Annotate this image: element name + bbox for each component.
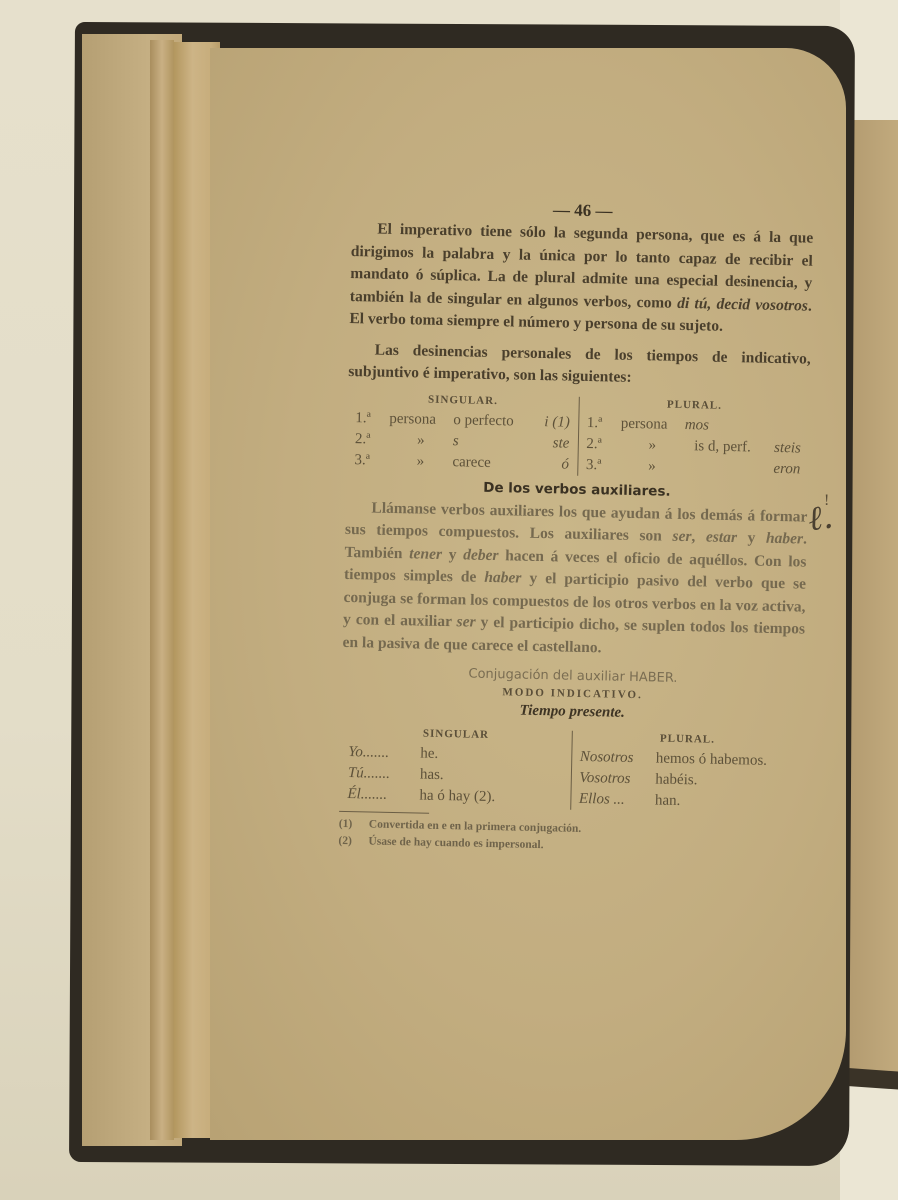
- italic-word: ser: [456, 613, 475, 630]
- column-header: PLURAL.: [587, 396, 802, 412]
- ending: is d, perf.: [684, 436, 751, 458]
- footnote-number: (2): [338, 833, 368, 851]
- table-row: 3.ª»careceó: [354, 450, 569, 475]
- perfect: steis: [751, 437, 801, 459]
- pronoun: Vosotros: [579, 768, 655, 791]
- column-header: SINGULAR: [349, 726, 564, 742]
- label: persona: [389, 408, 453, 430]
- italic-example: di tú, decid vosotros: [677, 294, 808, 314]
- verb-form: he.: [420, 744, 438, 765]
- verb-form: han.: [655, 790, 681, 812]
- table-row: Ellos ...han.: [579, 789, 794, 814]
- verb-form: ha ó hay (2).: [419, 786, 495, 809]
- ending: mos: [685, 415, 752, 437]
- perfect: ste: [519, 432, 569, 454]
- person: 2.ª: [355, 429, 389, 451]
- column-header: PLURAL.: [580, 731, 795, 747]
- endings-singular-column: SINGULAR. 1.ªpersonao perfectoi (1) 2.ª»…: [346, 391, 579, 475]
- label: persona: [621, 413, 685, 435]
- perfect: eron: [750, 458, 800, 480]
- italic-word: deber: [463, 546, 499, 564]
- text: y: [442, 545, 464, 562]
- ending: o perfecto: [453, 410, 520, 432]
- footnote-number: (1): [339, 816, 369, 834]
- label: »: [388, 450, 452, 472]
- table-row: 3.ª»eron: [586, 454, 801, 479]
- pronoun: Nosotros: [580, 747, 656, 770]
- pronoun: Ellos ...: [579, 789, 655, 812]
- person: 2.ª: [586, 433, 620, 455]
- verb-form: habéis.: [655, 769, 698, 791]
- footnote-divider: [339, 811, 429, 814]
- footnote-text: Úsase de hay cuando es impersonal.: [368, 835, 543, 851]
- handwritten-mark: !: [824, 492, 829, 510]
- conjugation-singular-column: SINGULAR Yo.......he. Tú.......has. Él..…: [339, 726, 572, 810]
- conjugation-plural-column: PLURAL. Nosotroshemos ó habemos. Vosotro…: [571, 731, 803, 815]
- person: 3.ª: [354, 450, 388, 472]
- ending: s: [453, 431, 520, 453]
- person: 3.ª: [586, 454, 620, 476]
- page-text-block: — 46 — El imperativo tiene sólo la segun…: [338, 196, 814, 860]
- paragraph-desinencias: Las desinencias personales de los tiempo…: [348, 338, 811, 393]
- italic-word: tener: [409, 545, 442, 563]
- italic-word: ser: [672, 528, 691, 545]
- italic-word: haber: [484, 569, 521, 587]
- label: »: [389, 429, 453, 451]
- column-header: SINGULAR.: [356, 392, 571, 408]
- italic-word: haber: [766, 530, 803, 548]
- text: ,: [691, 528, 706, 545]
- table-row: Él.......ha ó hay (2).: [347, 784, 562, 809]
- label: »: [620, 455, 684, 477]
- ending: [684, 457, 751, 479]
- person: 1.ª: [587, 412, 621, 434]
- pronoun: Tú.......: [348, 763, 420, 786]
- text: y: [737, 529, 766, 547]
- label: »: [620, 434, 684, 456]
- endings-table: SINGULAR. 1.ªpersonao perfectoi (1) 2.ª»…: [346, 391, 810, 480]
- perfect: [751, 416, 801, 438]
- verb-form: has.: [420, 765, 444, 786]
- italic-word: estar: [706, 528, 737, 546]
- paragraph-imperativo: El imperativo tiene sólo la segunda pers…: [349, 218, 813, 340]
- perfect: i (1): [520, 411, 570, 433]
- pronoun: Él.......: [347, 784, 419, 807]
- pronoun: Yo.......: [348, 742, 420, 765]
- page-fold: [150, 40, 174, 1140]
- person: 1.ª: [355, 408, 389, 430]
- conjugation-table: SINGULAR Yo.......he. Tú.......has. Él..…: [339, 726, 803, 815]
- verb-form: hemos ó habemos.: [656, 748, 768, 771]
- facing-page-edge: [846, 120, 898, 1080]
- ending: carece: [452, 452, 519, 474]
- handwritten-annotation: ℓ.: [805, 496, 835, 539]
- perfect: ó: [519, 453, 569, 475]
- footnote-text: Convertida en e en la primera conjugació…: [369, 818, 582, 834]
- endings-plural-column: PLURAL. 1.ªpersonamos 2.ª»is d, perf.ste…: [578, 396, 810, 480]
- paragraph-auxiliares: Llámanse verbos auxiliares los que ayuda…: [342, 496, 807, 663]
